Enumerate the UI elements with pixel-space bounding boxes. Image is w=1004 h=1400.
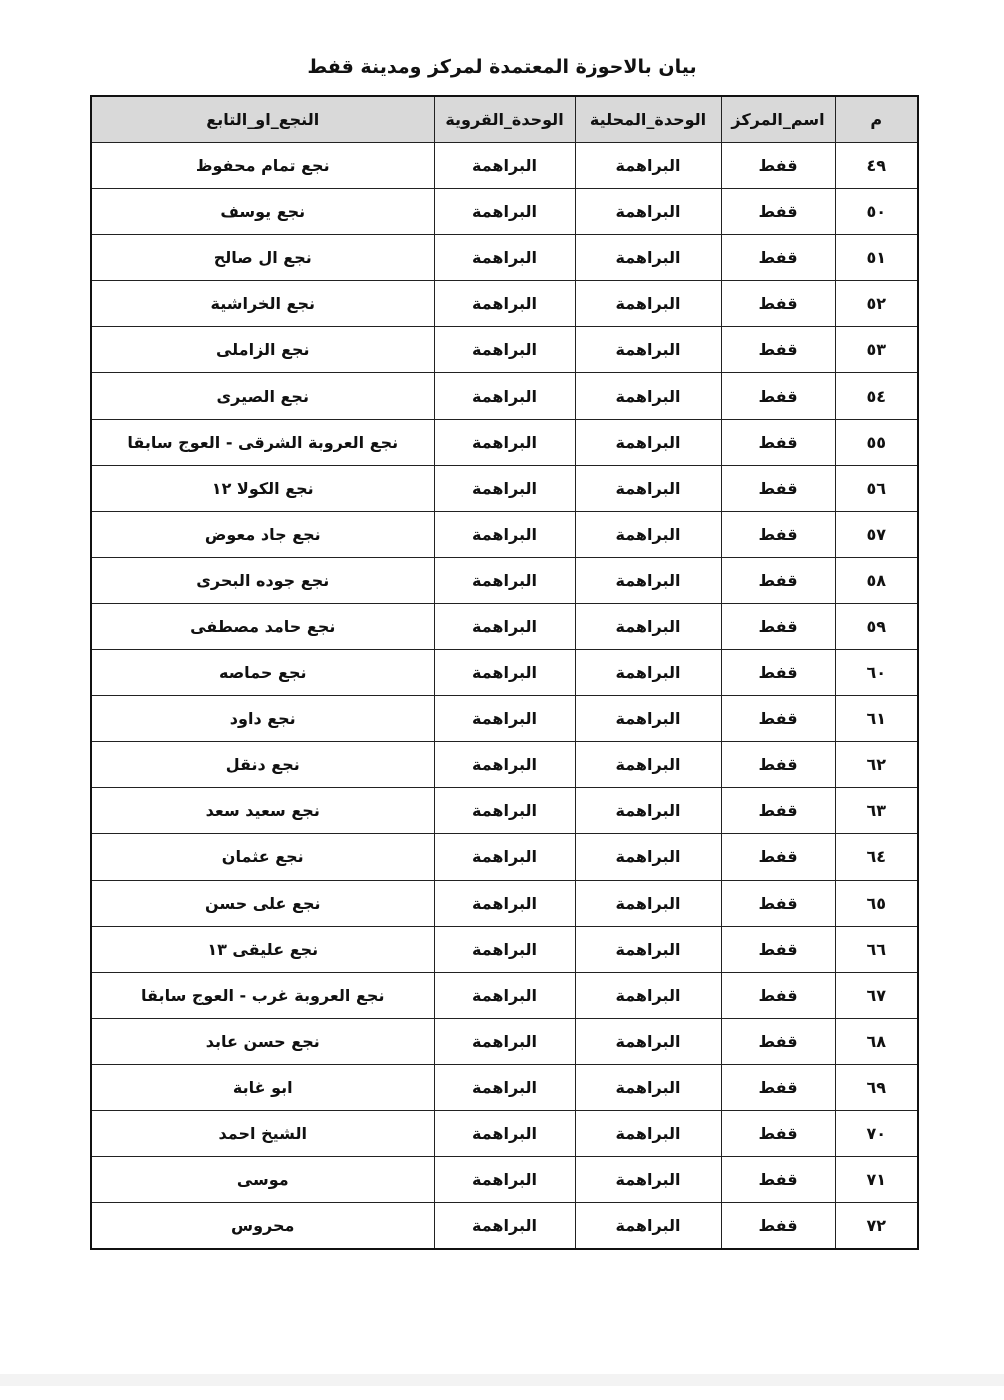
hamlet-cell: نجع حماصه [91,650,434,696]
table-row: ٦٤قفطالبراهمةالبراهمةنجع عثمان [91,834,918,880]
hamlet-cell: نجع دنقل [91,742,434,788]
local-unit-cell: البراهمة [575,143,721,189]
row-number: ٦٦ [835,926,918,972]
village-unit-cell: البراهمة [434,189,575,235]
hamlet-cell: نجع حسن عابد [91,1018,434,1064]
hamlet-cell: نجع الصيرى [91,373,434,419]
local-unit-cell: البراهمة [575,972,721,1018]
markaz-cell: قفط [721,327,835,373]
hamlet-cell: نجع الخراشية [91,281,434,327]
village-unit-cell: البراهمة [434,880,575,926]
row-number: ٥٤ [835,373,918,419]
markaz-cell: قفط [721,143,835,189]
hamlet-cell: نجع داود [91,696,434,742]
hamlet-cell: نجع حامد مصطفى [91,603,434,649]
row-number: ٥٠ [835,189,918,235]
local-unit-cell: البراهمة [575,281,721,327]
local-unit-cell: البراهمة [575,788,721,834]
row-number: ٥٢ [835,281,918,327]
markaz-cell: قفط [721,834,835,880]
local-unit-cell: البراهمة [575,742,721,788]
row-number: ٦١ [835,696,918,742]
village-unit-cell: البراهمة [434,511,575,557]
row-number: ٥٧ [835,511,918,557]
markaz-cell: قفط [721,1157,835,1203]
hamlet-cell: نجع على حسن [91,880,434,926]
table-row: ٦٥قفطالبراهمةالبراهمةنجع على حسن [91,880,918,926]
hamlet-cell: الشيخ احمد [91,1110,434,1156]
village-unit-cell: البراهمة [434,465,575,511]
table-row: ٧٢قفطالبراهمةالبراهمةمحروس [91,1203,918,1250]
village-unit-cell: البراهمة [434,235,575,281]
column-header-local-unit: الوحدة_المحلية [575,96,721,143]
village-unit-cell: البراهمة [434,1018,575,1064]
local-unit-cell: البراهمة [575,1064,721,1110]
row-number: ٦٥ [835,880,918,926]
markaz-cell: قفط [721,235,835,281]
markaz-cell: قفط [721,189,835,235]
local-unit-cell: البراهمة [575,650,721,696]
hamlet-cell: نجع جاد معوض [91,511,434,557]
page-bottom-strip [0,1374,1004,1386]
hamlet-cell: نجع عليقى ١٣ [91,926,434,972]
local-unit-cell: البراهمة [575,880,721,926]
table-row: ٦٢قفطالبراهمةالبراهمةنجع دنقل [91,742,918,788]
row-number: ٥١ [835,235,918,281]
markaz-cell: قفط [721,1064,835,1110]
markaz-cell: قفط [721,373,835,419]
row-number: ٥٨ [835,557,918,603]
markaz-cell: قفط [721,1203,835,1250]
village-unit-cell: البراهمة [434,972,575,1018]
table-row: ٥٧قفطالبراهمةالبراهمةنجع جاد معوض [91,511,918,557]
hamlet-cell: نجع جوده البحرى [91,557,434,603]
village-unit-cell: البراهمة [434,1157,575,1203]
village-unit-cell: البراهمة [434,327,575,373]
row-number: ٦٩ [835,1064,918,1110]
local-unit-cell: البراهمة [575,465,721,511]
hamlet-cell: نجع ال صالح [91,235,434,281]
row-number: ٥٦ [835,465,918,511]
table-row: ٥٤قفطالبراهمةالبراهمةنجع الصيرى [91,373,918,419]
table-row: ٥١قفطالبراهمةالبراهمةنجع ال صالح [91,235,918,281]
column-header-number: م [835,96,918,143]
table-row: ٤٩قفطالبراهمةالبراهمةنجع تمام محفوظ [91,143,918,189]
table-row: ٥٣قفطالبراهمةالبراهمةنجع الزاملى [91,327,918,373]
village-unit-cell: البراهمة [434,557,575,603]
hamlet-cell: نجع الزاملى [91,327,434,373]
hamlet-cell: محروس [91,1203,434,1250]
row-number: ٧٢ [835,1203,918,1250]
row-number: ٦٨ [835,1018,918,1064]
village-unit-cell: البراهمة [434,926,575,972]
markaz-cell: قفط [721,696,835,742]
markaz-cell: قفط [721,1110,835,1156]
markaz-cell: قفط [721,557,835,603]
local-unit-cell: البراهمة [575,696,721,742]
local-unit-cell: البراهمة [575,834,721,880]
local-unit-cell: البراهمة [575,1018,721,1064]
column-header-hamlet: النجع_او_التابع [91,96,434,143]
row-number: ٧١ [835,1157,918,1203]
markaz-cell: قفط [721,1018,835,1064]
markaz-cell: قفط [721,465,835,511]
village-unit-cell: البراهمة [434,1064,575,1110]
row-number: ٧٠ [835,1110,918,1156]
village-unit-cell: البراهمة [434,834,575,880]
markaz-cell: قفط [721,603,835,649]
hamlets-table: م اسم_المركز الوحدة_المحلية الوحدة_القرو… [90,95,919,1250]
table-row: ٦٩قفطالبراهمةالبراهمةابو غابة [91,1064,918,1110]
village-unit-cell: البراهمة [434,373,575,419]
table-row: ٧٠قفطالبراهمةالبراهمةالشيخ احمد [91,1110,918,1156]
markaz-cell: قفط [721,281,835,327]
table-row: ٦١قفطالبراهمةالبراهمةنجع داود [91,696,918,742]
local-unit-cell: البراهمة [575,1110,721,1156]
markaz-cell: قفط [721,511,835,557]
local-unit-cell: البراهمة [575,511,721,557]
hamlet-cell: نجع العروبة غرب - العوج سابقا [91,972,434,1018]
row-number: ٥٩ [835,603,918,649]
row-number: ٦٢ [835,742,918,788]
local-unit-cell: البراهمة [575,419,721,465]
row-number: ٦٠ [835,650,918,696]
village-unit-cell: البراهمة [434,281,575,327]
hamlet-cell: نجع يوسف [91,189,434,235]
local-unit-cell: البراهمة [575,189,721,235]
local-unit-cell: البراهمة [575,327,721,373]
hamlet-cell: نجع عثمان [91,834,434,880]
village-unit-cell: البراهمة [434,143,575,189]
row-number: ٥٣ [835,327,918,373]
local-unit-cell: البراهمة [575,373,721,419]
table-row: ٥٥قفطالبراهمةالبراهمةنجع العروبة الشرقى … [91,419,918,465]
row-number: ٤٩ [835,143,918,189]
row-number: ٥٥ [835,419,918,465]
table-row: ٥٨قفطالبراهمةالبراهمةنجع جوده البحرى [91,557,918,603]
local-unit-cell: البراهمة [575,1203,721,1250]
table-row: ٥٢قفطالبراهمةالبراهمةنجع الخراشية [91,281,918,327]
village-unit-cell: البراهمة [434,788,575,834]
column-header-village-unit: الوحدة_القروية [434,96,575,143]
document-title: بيان بالاحوزة المعتمدة لمركز ومدينة قفط [0,56,1004,78]
local-unit-cell: البراهمة [575,926,721,972]
markaz-cell: قفط [721,880,835,926]
table-row: ٦٨قفطالبراهمةالبراهمةنجع حسن عابد [91,1018,918,1064]
village-unit-cell: البراهمة [434,696,575,742]
markaz-cell: قفط [721,788,835,834]
column-header-markaz: اسم_المركز [721,96,835,143]
row-number: ٦٤ [835,834,918,880]
village-unit-cell: البراهمة [434,1203,575,1250]
village-unit-cell: البراهمة [434,650,575,696]
markaz-cell: قفط [721,972,835,1018]
local-unit-cell: البراهمة [575,557,721,603]
table-header-row: م اسم_المركز الوحدة_المحلية الوحدة_القرو… [91,96,918,143]
local-unit-cell: البراهمة [575,603,721,649]
hamlet-cell: موسى [91,1157,434,1203]
table-row: ٦٧قفطالبراهمةالبراهمةنجع العروبة غرب - ا… [91,972,918,1018]
markaz-cell: قفط [721,926,835,972]
hamlet-cell: نجع الكولا ١٢ [91,465,434,511]
table-row: ٦٦قفطالبراهمةالبراهمةنجع عليقى ١٣ [91,926,918,972]
row-number: ٦٧ [835,972,918,1018]
table-row: ٥٩قفطالبراهمةالبراهمةنجع حامد مصطفى [91,603,918,649]
village-unit-cell: البراهمة [434,419,575,465]
row-number: ٦٣ [835,788,918,834]
table-row: ٦٠قفطالبراهمةالبراهمةنجع حماصه [91,650,918,696]
markaz-cell: قفط [721,650,835,696]
table-row: ٥٦قفطالبراهمةالبراهمةنجع الكولا ١٢ [91,465,918,511]
village-unit-cell: البراهمة [434,1110,575,1156]
markaz-cell: قفط [721,419,835,465]
local-unit-cell: البراهمة [575,235,721,281]
hamlet-cell: ابو غابة [91,1064,434,1110]
table-row: ٥٠قفطالبراهمةالبراهمةنجع يوسف [91,189,918,235]
village-unit-cell: البراهمة [434,742,575,788]
markaz-cell: قفط [721,742,835,788]
village-unit-cell: البراهمة [434,603,575,649]
local-unit-cell: البراهمة [575,1157,721,1203]
hamlet-cell: نجع العروبة الشرقى - العوج سابقا [91,419,434,465]
hamlet-cell: نجع تمام محفوظ [91,143,434,189]
table-row: ٦٣قفطالبراهمةالبراهمةنجع سعيد سعد [91,788,918,834]
table-row: ٧١قفطالبراهمةالبراهمةموسى [91,1157,918,1203]
hamlet-cell: نجع سعيد سعد [91,788,434,834]
